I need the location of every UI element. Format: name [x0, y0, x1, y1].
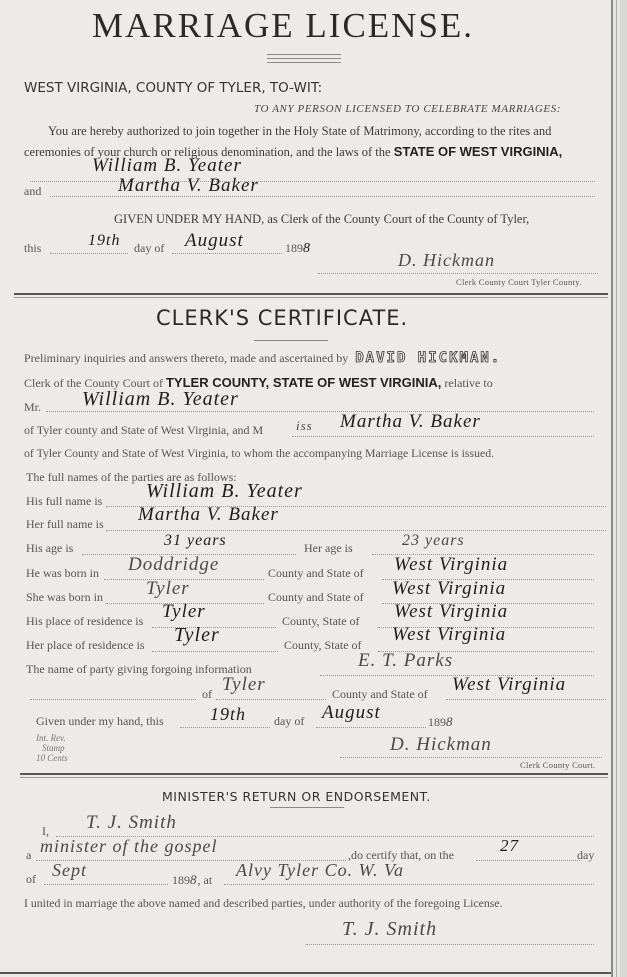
- minister-title-divider: [270, 807, 344, 808]
- informant-blank-line: [30, 699, 196, 700]
- and-label: and: [24, 184, 41, 199]
- given-day-field: 19th: [210, 704, 246, 725]
- clerk-name: DAVID HICKMAN.: [355, 350, 501, 366]
- given-day-line: [180, 727, 270, 728]
- his-residence-label: His place of residence is: [26, 614, 143, 629]
- certificate-signature-line: [340, 757, 602, 758]
- bride-name-field: Martha V. Baker: [118, 175, 259, 197]
- miss-handwritten: iss: [296, 418, 313, 434]
- her-full-name-line: [106, 530, 606, 531]
- year-handwritten: 8: [303, 241, 311, 256]
- relative-to-text: relative to: [444, 376, 492, 390]
- given-hand-label: Given under my hand, this: [36, 714, 164, 729]
- his-county-state-of-label: County, State of: [282, 614, 360, 629]
- informant-of-label: of: [202, 687, 212, 702]
- stamp-note-line: Int. Rev.: [36, 733, 68, 743]
- license-title: MARRIAGE LICENSE.: [92, 6, 474, 46]
- license-year: 1898: [285, 241, 311, 257]
- informant-county-line: [216, 699, 326, 700]
- her-age-label: Her age is: [304, 541, 353, 556]
- state-county-heading: WEST VIRGINIA, COUNTY OF TYLER, TO-WIT:: [24, 80, 322, 96]
- she-born-label: She was born in: [26, 590, 103, 605]
- minister-signature-line: [306, 944, 594, 945]
- preliminary-text: Preliminary inquiries and answers theret…: [24, 351, 348, 365]
- her-residence-label: Her place of residence is: [26, 638, 145, 653]
- license-clerk-signature: D. Hickman: [398, 250, 495, 271]
- title-divider: [267, 62, 341, 63]
- stamp-note-line: Stamp: [36, 743, 68, 753]
- her-county-state-of-label: County, State of: [284, 638, 362, 653]
- certificate-title-divider: [254, 340, 328, 341]
- informant-state-line: [446, 699, 606, 700]
- certificate-line-5: of Tyler County and State of West Virgin…: [24, 446, 494, 461]
- groom-name-field: William B. Yeater: [92, 155, 242, 177]
- his-age-label: His age is: [26, 541, 73, 556]
- signature-line: [318, 273, 598, 274]
- he-born-county-field: Doddridge: [128, 554, 219, 576]
- minister-a-label: a: [26, 848, 31, 863]
- section-divider: [14, 297, 608, 298]
- year-printed: 189: [285, 241, 303, 255]
- her-full-name-field: Martha V. Baker: [138, 504, 279, 526]
- her-residence-county-field: Tyler: [174, 624, 220, 647]
- his-age-field: 31 years: [164, 532, 227, 550]
- section-divider: [14, 293, 608, 295]
- minister-day-line: [476, 860, 580, 861]
- certificate-clerk-signature: D. Hickman: [390, 734, 492, 756]
- minister-title-field: minister of the gospel: [40, 836, 218, 857]
- minister-day-label: day: [577, 848, 594, 863]
- given-month-line: [316, 727, 426, 728]
- day-of-label: day of: [134, 241, 164, 256]
- given-day-of-label: day of: [274, 714, 304, 729]
- section-divider: [20, 773, 608, 775]
- she-county-state-label: County and State of: [268, 590, 364, 605]
- her-residence-county-line: [152, 651, 278, 652]
- miss-name-line: [292, 436, 594, 437]
- he-county-state-label: County and State of: [268, 566, 364, 581]
- right-border: [611, 0, 613, 977]
- minister-month-field: Sept: [52, 860, 87, 881]
- mr-name-field: William B. Yeater: [82, 388, 239, 411]
- he-born-state-field: West Virginia: [394, 554, 508, 576]
- minister-month-line: [44, 884, 168, 885]
- authorization-line-1: You are hereby authorized to join togeth…: [48, 124, 551, 139]
- minister-signature: T. J. Smith: [342, 918, 437, 941]
- informant-county-state-label: County and State of: [332, 687, 428, 702]
- minister-of-label: of: [26, 872, 36, 887]
- at-label: , at: [198, 873, 213, 887]
- minister-year-printed: 189: [172, 873, 190, 887]
- her-residence-state-field: West Virginia: [392, 624, 506, 646]
- united-in-marriage-line: I united in marriage the above named and…: [24, 896, 503, 911]
- license-month-field: August: [185, 230, 244, 252]
- bride-name-line: [50, 196, 595, 197]
- informant-state-field: West Virginia: [452, 674, 566, 696]
- minister-name-field: T. J. Smith: [86, 812, 177, 834]
- he-born-label: He was born in: [26, 566, 99, 581]
- stamp-note-line: 10 Cents: [36, 753, 68, 763]
- informant-name-field: E. T. Parks: [358, 650, 453, 672]
- his-residence-county-field: Tyler: [162, 601, 206, 623]
- given-year: 1898: [428, 714, 454, 730]
- marriage-place-line: [224, 884, 594, 885]
- marriage-license-document: MARRIAGE LICENSE. WEST VIRGINIA, COUNTY …: [0, 0, 611, 977]
- license-signature-caption: Clerk County Court Tyler County.: [456, 277, 582, 287]
- license-day-field: 19th: [88, 232, 120, 250]
- certificate-line-4: of Tyler county and State of West Virgin…: [24, 423, 263, 438]
- month-line: [172, 253, 282, 254]
- minister-title: MINISTER'S RETURN OR ENDORSEMENT.: [162, 789, 431, 804]
- miss-name-field: Martha V. Baker: [340, 411, 481, 433]
- his-residence-state-field: West Virginia: [394, 601, 508, 623]
- she-born-county-field: Tyler: [146, 578, 190, 600]
- title-divider: [267, 54, 341, 55]
- section-divider: [20, 777, 608, 778]
- certificate-line-1: Preliminary inquiries and answers theret…: [24, 350, 501, 366]
- groom-name-line: [30, 181, 595, 182]
- certificate-title: CLERK'S CERTIFICATE.: [156, 306, 408, 330]
- her-age-field: 23 years: [402, 532, 465, 550]
- mr-label: Mr.: [24, 400, 41, 415]
- title-divider: [267, 58, 341, 59]
- given-year-printed: 189: [428, 715, 446, 729]
- given-under-hand-line: GIVEN UNDER MY HAND, as Clerk of the Cou…: [114, 212, 529, 227]
- certificate-signature-caption: Clerk County Court.: [520, 760, 595, 770]
- revenue-stamp-note: Int. Rev. Stamp 10 Cents: [36, 733, 68, 763]
- given-year-handwritten: 8: [446, 714, 454, 729]
- she-born-state-field: West Virginia: [392, 578, 506, 600]
- minister-day-field: 27: [500, 836, 519, 856]
- mr-name-line: [46, 411, 594, 412]
- informant-county-field: Tyler: [222, 674, 266, 696]
- right-margin: [620, 0, 627, 977]
- his-full-name-field: William B. Yeater: [146, 480, 303, 503]
- right-border: [616, 0, 617, 977]
- informant-label: The name of party giving forgoing inform…: [26, 662, 252, 677]
- marriage-place-field: Alvy Tyler Co. W. Va: [236, 860, 404, 881]
- her-full-name-label: Her full name is: [26, 517, 104, 532]
- this-label: this: [24, 241, 41, 256]
- minister-year-handwritten: 8: [190, 872, 198, 887]
- minister-year: 1898, at: [172, 872, 212, 888]
- authorization-state: STATE OF WEST VIRGINIA,: [394, 144, 563, 159]
- addressee-line: TO ANY PERSON LICENSED TO CELEBRATE MARR…: [254, 103, 561, 115]
- his-full-name-label: His full name is: [26, 494, 102, 509]
- bottom-border: [0, 972, 611, 974]
- given-month-field: August: [322, 702, 381, 724]
- day-line: [50, 253, 128, 254]
